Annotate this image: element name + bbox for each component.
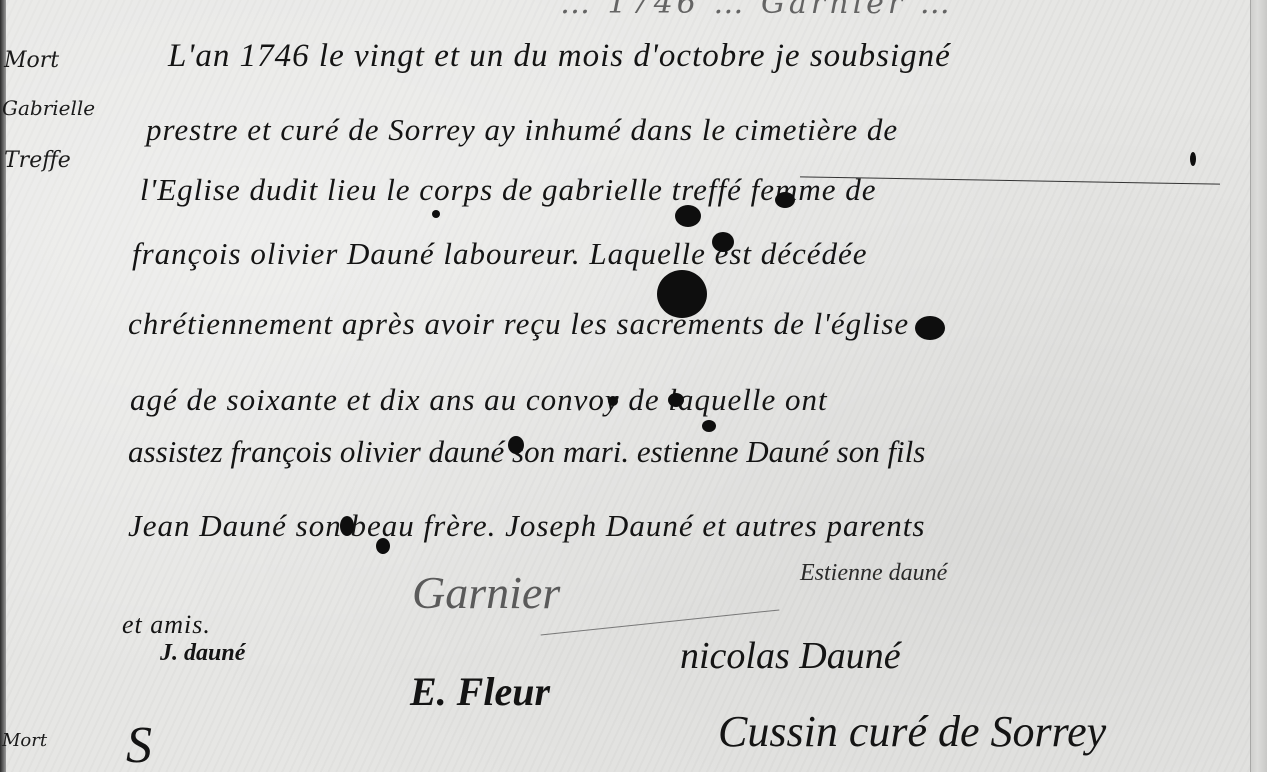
ink-blot — [775, 192, 795, 208]
body-line-2: prestre et curé de Sorrey ay inhumé dans… — [146, 112, 898, 148]
margin-label-first-name: Gabrielle — [2, 96, 95, 120]
signature-fleur: E. Fleur — [410, 668, 550, 715]
page-fold — [1250, 0, 1267, 772]
ink-blot — [675, 205, 701, 227]
signature-nicolas-daune: nicolas Dauné — [680, 634, 901, 678]
ink-blot — [608, 396, 618, 406]
signature-flourish — [541, 609, 780, 635]
signature-j-daune: J. dauné — [160, 640, 245, 667]
body-line-8: Jean Dauné son beau frère. Joseph Dauné … — [128, 508, 925, 544]
ink-blot — [340, 516, 354, 536]
body-line-1: L'an 1746 le vingt et un du mois d'octob… — [168, 38, 951, 75]
body-line-9: et amis. — [122, 610, 211, 640]
ink-blot — [657, 270, 707, 318]
body-line-4: françois olivier Dauné laboureur. Laquel… — [132, 236, 868, 272]
next-entry-fragment: S — [126, 716, 152, 772]
ink-blot — [702, 420, 716, 432]
signature-garnier: Garnier — [412, 566, 560, 619]
ink-blot — [712, 232, 734, 252]
previous-entry-fragment: … 1746 … Garnier … — [560, 0, 954, 21]
ink-blot — [508, 436, 524, 454]
ink-blot — [432, 210, 440, 218]
ink-blot — [668, 393, 684, 407]
margin-label-mort: Mort — [4, 48, 59, 73]
ink-blot — [1190, 152, 1196, 166]
signature-estienne-daune: Estienne dauné — [800, 560, 947, 587]
body-line-5: chrétiennement après avoir reçu les sacr… — [128, 306, 909, 342]
ink-blot — [915, 316, 945, 340]
body-line-6: agé de soixante et dix ans au convoy de … — [130, 382, 828, 418]
margin-label-next-entry: Mort — [2, 730, 47, 751]
body-line-3: l'Eglise dudit lieu le corps de gabriell… — [140, 172, 877, 208]
margin-label-surname: Treffe — [4, 148, 71, 173]
body-line-7: assistez françois olivier dauné son mari… — [128, 434, 925, 470]
ink-blot — [376, 538, 390, 554]
signature-cure: Cussin curé de Sorrey — [718, 706, 1106, 757]
